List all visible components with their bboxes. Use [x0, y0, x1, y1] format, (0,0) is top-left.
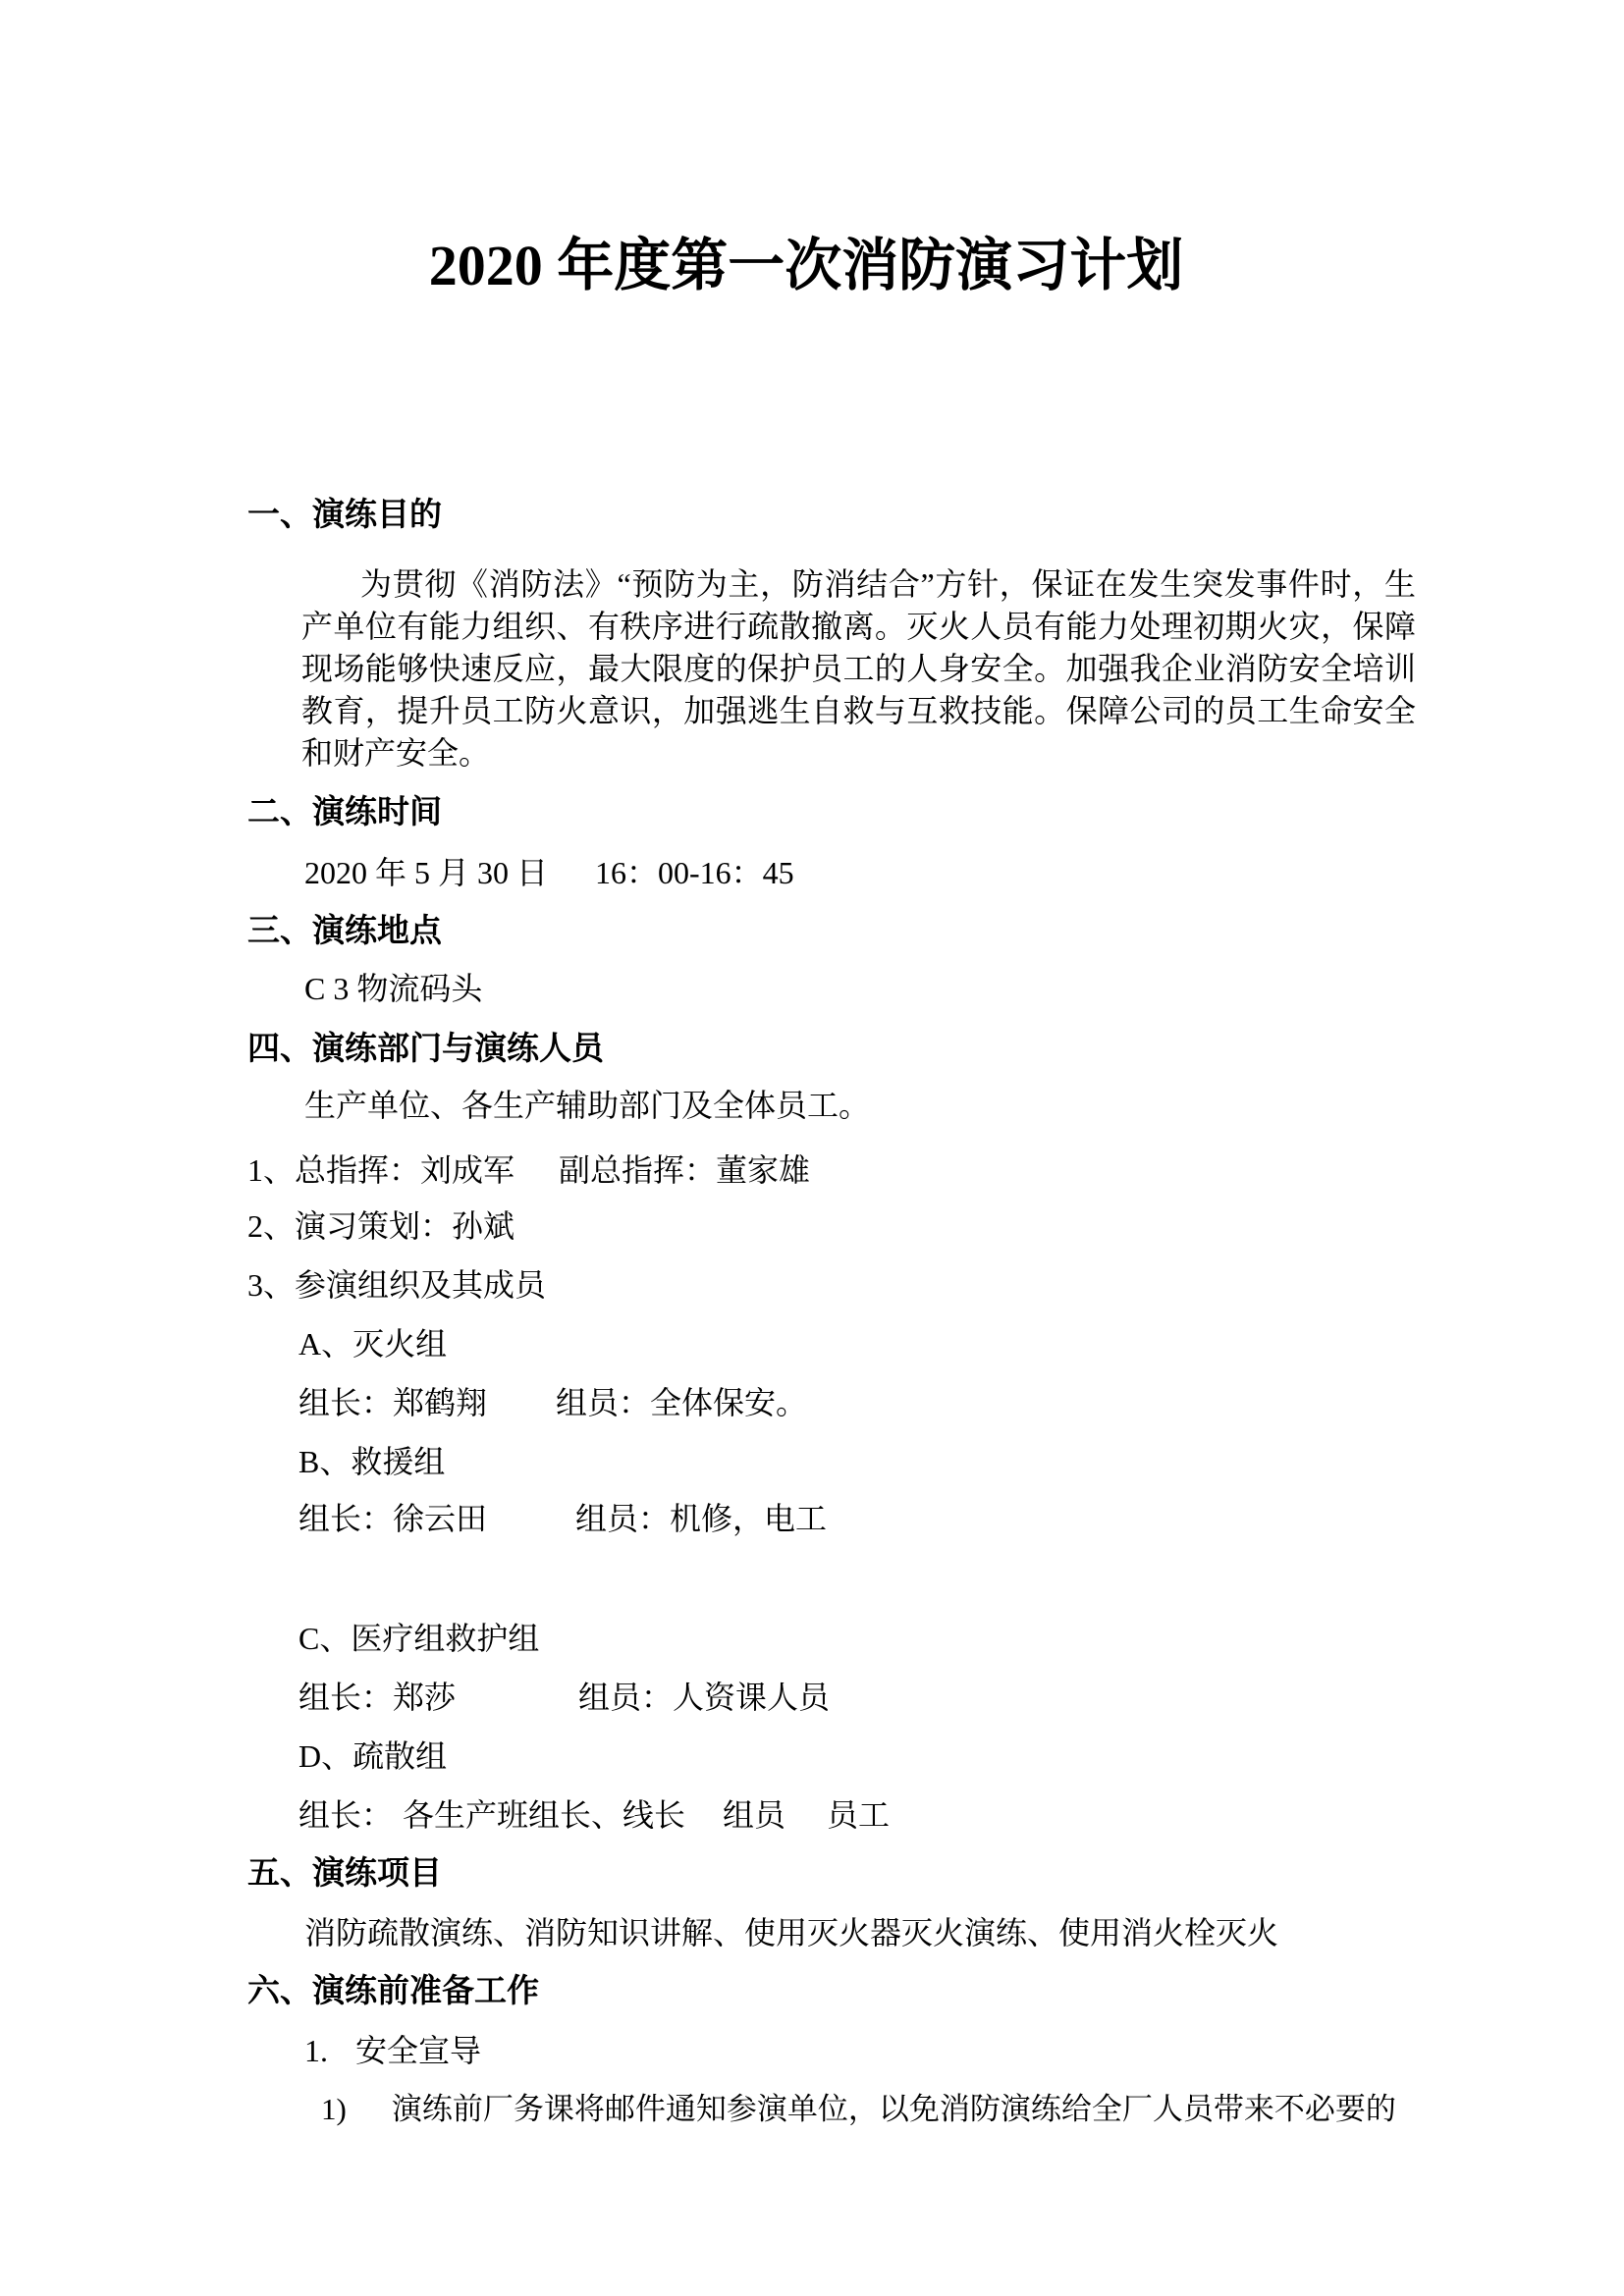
- drill-time-line: 2020 年 5 月 30 日16：00-16：45: [196, 851, 1416, 894]
- document-page: 2020 年度第一次消防演习计划 一、演练目的 为贯彻《消防法》“预防为主，防消…: [0, 0, 1624, 2296]
- section-3-heading: 三、演练地点: [196, 910, 1416, 953]
- document-title: 2020 年度第一次消防演习计划: [196, 0, 1416, 303]
- group-b-name: B、救援组: [196, 1440, 1416, 1483]
- section-1-heading: 一、演练目的: [196, 494, 1416, 537]
- drill-date: 2020 年 5 月 30 日: [304, 855, 548, 890]
- group-b-leader: 组长：徐云田: [298, 1501, 487, 1536]
- section-6-heading: 六、演练前准备工作: [196, 1970, 1416, 2013]
- group-d-leader-label: 组长：: [298, 1797, 393, 1833]
- group-c-roster: 组长：郑莎组员：人资课人员: [196, 1676, 1416, 1719]
- prep-subitem-1-text: 演练前厂务课将邮件通知参演单位，以免消防演练给全厂人员带来不必要的: [392, 2092, 1396, 2126]
- prep-item-1: 1.安全宣导: [196, 2029, 1416, 2072]
- deputy-commander: 副总指挥：董家雄: [559, 1152, 810, 1188]
- commander-line: 1、总指挥：刘成军副总指挥：董家雄: [196, 1148, 1416, 1192]
- group-a-leader: 组长：郑鹤翔: [298, 1385, 487, 1420]
- group-a-roster: 组长：郑鹤翔组员：全体保安。: [196, 1381, 1416, 1424]
- group-d-members-label: 组员: [723, 1797, 785, 1833]
- drill-items: 消防疏散演练、消防知识讲解、使用灭火器灭火演练、使用消火栓灭火: [196, 1911, 1416, 1954]
- section-5-heading: 五、演练项目: [196, 1852, 1416, 1896]
- prep-subitem-1: 1)演练前厂务课将邮件通知参演单位，以免消防演练给全厂人员带来不必要的: [196, 2088, 1416, 2131]
- prep-item-1-number: 1.: [304, 2033, 328, 2068]
- prep-subitem-1-number: 1): [321, 2092, 347, 2126]
- document-content: 2020 年度第一次消防演习计划 一、演练目的 为贯彻《消防法》“预防为主，防消…: [0, 0, 1624, 2131]
- group-a-members: 组员：全体保安。: [556, 1385, 807, 1420]
- group-b-members: 组员：机修，电工: [575, 1501, 827, 1536]
- prep-item-1-text: 安全宣导: [355, 2033, 481, 2068]
- drill-scope: 生产单位、各生产辅助部门及全体员工。: [196, 1084, 1416, 1127]
- section-1-paragraph: 为贯彻《消防法》“预防为主，防消结合”方针，保证在发生突发事件时，生产单位有能力…: [301, 563, 1416, 774]
- group-c-members: 组员：人资课人员: [578, 1680, 830, 1715]
- group-d-roster: 组长：各生产班组长、线长组员员工: [196, 1793, 1416, 1837]
- group-d-name: D、疏散组: [196, 1735, 1416, 1778]
- group-a-name: A、灭火组: [196, 1322, 1416, 1365]
- planner-line: 2、演习策划：孙斌: [196, 1204, 1416, 1248]
- drill-location: C 3 物流码头: [196, 967, 1416, 1010]
- section-2-heading: 二、演练时间: [196, 791, 1416, 834]
- group-d-members-detail: 员工: [827, 1797, 890, 1833]
- section-4-heading: 四、演练部门与演练人员: [196, 1028, 1416, 1071]
- group-c-name: C、医疗组救护组: [196, 1617, 1416, 1660]
- organizations-line: 3、参演组织及其成员: [196, 1263, 1416, 1307]
- group-b-roster: 组长：徐云田组员：机修，电工: [196, 1497, 1416, 1540]
- drill-time: 16：00-16：45: [595, 855, 794, 890]
- chief-commander: 1、总指挥：刘成军: [247, 1152, 514, 1188]
- group-d-leader-detail: 各生产班组长、线长: [403, 1797, 685, 1833]
- group-c-leader: 组长：郑莎: [298, 1680, 456, 1715]
